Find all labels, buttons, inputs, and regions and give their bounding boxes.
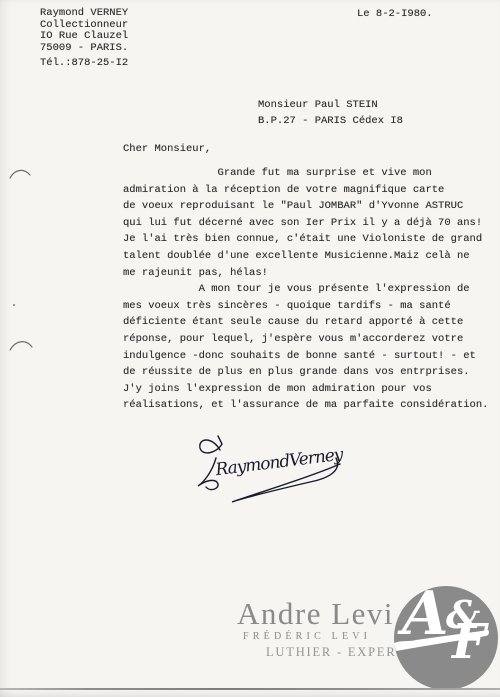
letter-body-line: de réussite de plus en plus grande dans … xyxy=(123,364,488,381)
letter-body-line: Grande fut ma surprise et vive mon xyxy=(123,165,488,182)
letter-body-line: Je l'ai très bien connue, c'était une Vi… xyxy=(123,231,488,248)
letter-body: Grande fut ma surprise et vive monadmira… xyxy=(123,165,488,414)
margin-pencil-arc-2 xyxy=(8,337,36,353)
letter-body-line: de voeux reproduisant le "Paul JOMBAR" d… xyxy=(123,198,488,215)
sender-address-line: 75009 - PARIS. xyxy=(40,43,128,55)
salutation: Cher Monsieur, xyxy=(123,143,211,155)
letter-body-line: A mon tour je vous présente l'expression… xyxy=(123,281,488,298)
sender-address-line: Raymond VERNEY xyxy=(40,8,128,20)
signature-text: RaymondVerney xyxy=(213,445,344,481)
letter-body-line: réponse, pour lequel, j'espère vous m'ac… xyxy=(123,331,488,348)
letter-body-line: me rajeunit pas, hélas! xyxy=(123,265,488,282)
watermark-expert-name: Andre Levi xyxy=(237,596,394,632)
recipient-address-block: Monsieur Paul STEINB.P.27 - PARIS Cédex … xyxy=(258,97,403,129)
letter-body-line: déficiente étant seule cause du retard a… xyxy=(123,314,488,331)
scanned-letter-page: Raymond VERNEYCollectionneurIO Rue Clauz… xyxy=(0,0,500,697)
letter-body-line: J'y joins l'expression de mon admiration… xyxy=(123,381,488,398)
sender-address-line: IO Rue Clauzel xyxy=(40,31,128,43)
watermark-expert-role: LUTHIER - EXPERT xyxy=(266,645,405,660)
letter-body-line: admiration à la réception de votre magni… xyxy=(123,182,488,199)
letter-body-line: réalisations, et l'assurance de ma parfa… xyxy=(123,397,488,414)
recipient-address-line: Monsieur Paul STEIN xyxy=(258,97,403,113)
signature-drawing: RaymondVerney xyxy=(190,430,360,520)
letter-body-line: mes voeux très sincères - quoique tardif… xyxy=(123,298,488,315)
letter-body-line: talent doublée d'une excellente Musicien… xyxy=(123,248,488,265)
letter-date: Le 8-2-I980. xyxy=(357,8,433,20)
monogram-circle-logo: A & F xyxy=(394,586,498,690)
margin-pencil-dot xyxy=(13,304,15,306)
sender-phone: Tél.:878-25-I2 xyxy=(40,57,128,69)
watermark-expert-subname: FRÉDÉRIC LEVI xyxy=(243,631,371,642)
monogram-letter-f: F xyxy=(452,618,486,666)
sender-address-block: Raymond VERNEYCollectionneurIO Rue Clauz… xyxy=(40,8,128,54)
letter-body-line: indulgence -donc souhaits de bonne santé… xyxy=(123,348,488,365)
signature: RaymondVerney xyxy=(190,430,360,520)
letter-body-line: qui lui fut décerné avec son Ier Prix il… xyxy=(123,215,488,232)
scan-edge-line xyxy=(0,688,500,690)
recipient-address-line: B.P.27 - PARIS Cédex I8 xyxy=(258,113,403,129)
margin-pencil-arc-1 xyxy=(8,166,34,182)
